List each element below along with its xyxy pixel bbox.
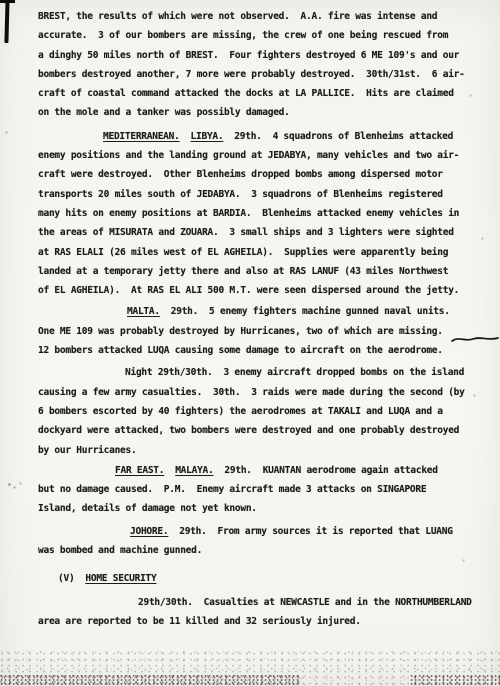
- document-line: accurate. 3 of our bombers are missing, …: [38, 26, 478, 45]
- underlined-text: MALTA.: [127, 306, 160, 317]
- text-segment: a dinghy 50 miles north of BREST. Four f…: [38, 50, 459, 61]
- underlined-text: HOME SECURITY: [85, 573, 156, 584]
- document-line: FAR EAST. MALAYA. 29th. KUANTAN aerodrom…: [38, 461, 478, 480]
- document-line: transports 20 miles south of JEDABYA. 3 …: [38, 185, 478, 204]
- document-line: landed at a temporary jetty there and al…: [38, 262, 478, 281]
- text-segment: 6 bombers escorted by 40 fighters) the a…: [38, 406, 443, 417]
- text-segment: craft were destroyed. Other Blenheims dr…: [38, 169, 443, 180]
- document-line: dockyard were attacked, two bombers were…: [38, 421, 478, 440]
- document-line: Island, details of damage not yet known.: [38, 499, 478, 518]
- document-line: by our Hurricanes.: [38, 441, 478, 460]
- photocopy-speckles: [0, 0, 1, 1]
- document-line: JOHORE. 29th. From army sources it is re…: [38, 522, 478, 541]
- underlined-text: FAR EAST.: [115, 465, 164, 476]
- scan-corner-mark-top: [0, 0, 15, 3]
- document-line: MALTA. 29th. 5 enemy fighters machine gu…: [38, 302, 478, 321]
- document-line: was bombed and machine gunned.: [38, 541, 478, 560]
- text-segment: 29th. From army sources it is reported t…: [168, 526, 452, 537]
- text-segment: at RAS ELALI (26 miles west of EL AGHEIL…: [38, 247, 448, 258]
- document-line: 29th/30th. Casualties at NEWCASTLE and i…: [38, 593, 478, 612]
- paragraph-brest-continuation: BREST, the results of which were not obs…: [38, 7, 478, 123]
- document-line: Night 29th/30th. 3 enemy aircraft droppe…: [38, 363, 478, 382]
- text-segment: by our Hurricanes.: [38, 445, 136, 456]
- paragraph-mediterranean-libya: MEDITERRANEAN. LIBYA. 29th. 4 squadrons …: [38, 127, 478, 301]
- text-segment: Night 29th/30th. 3 enemy aircraft droppe…: [125, 367, 464, 378]
- document-line: of EL AGHEILA). At RAS EL ALI 500 M.T. w…: [38, 281, 478, 300]
- text-segment: 29th/30th. Casualties at NEWCASTLE and i…: [138, 597, 472, 608]
- paragraph-malta: MALTA. 29th. 5 enemy fighters machine gu…: [38, 302, 478, 360]
- text-segment: One ME 109 was probably destroyed by Hur…: [38, 326, 443, 337]
- text-segment: but no damage caused. P.M. Enemy aircraf…: [38, 484, 426, 495]
- document-line: enemy positions and the landing ground a…: [38, 146, 478, 165]
- text-segment: dockyard were attacked, two bombers were…: [38, 425, 459, 436]
- document-line: but no damage caused. P.M. Enemy aircraf…: [38, 480, 478, 499]
- text-segment: craft of coastal command attacked the do…: [38, 88, 454, 99]
- text-segment: area are reported to be 11 killed and 32…: [38, 616, 361, 627]
- document-line: 12 bombers attacked LUQA causing some da…: [38, 341, 478, 360]
- heading-home-security: (V) HOME SECURITY: [38, 569, 478, 588]
- text-segment: Island, details of damage not yet known.: [38, 503, 257, 514]
- text-segment: (V): [58, 573, 74, 584]
- document-line: causing a few army casualties. 30th. 3 r…: [38, 383, 478, 402]
- text-segment: 12 bombers attacked LUQA causing some da…: [38, 345, 443, 356]
- text-segment: was bombed and machine gunned.: [38, 545, 202, 556]
- document-line: One ME 109 was probably destroyed by Hur…: [38, 322, 478, 341]
- document-line: 6 bombers escorted by 40 fighters) the a…: [38, 402, 478, 421]
- underlined-text: LIBYA.: [191, 131, 224, 142]
- paragraph-malta-night-raids: Night 29th/30th. 3 enemy aircraft droppe…: [38, 363, 478, 459]
- text-segment: the areas of MISURATA and ZOUARA. 3 smal…: [38, 227, 454, 238]
- document-line: craft were destroyed. Other Blenheims dr…: [38, 165, 478, 184]
- text-segment: landed at a temporary jetty there and al…: [38, 266, 448, 277]
- paragraph-home-security-casualties: 29th/30th. Casualties at NEWCASTLE and i…: [38, 593, 478, 632]
- document-line: a dinghy 50 miles north of BREST. Four f…: [38, 46, 478, 65]
- document-line: on the mole and a tanker was possibly da…: [38, 103, 478, 122]
- document-line: BREST, the results of which were not obs…: [38, 7, 478, 26]
- text-segment: enemy positions and the landing ground a…: [38, 150, 459, 161]
- text-segment: bombers destroyed another, 7 more were p…: [38, 69, 465, 80]
- document-line: (V) HOME SECURITY: [38, 569, 478, 588]
- document-line: bombers destroyed another, 7 more were p…: [38, 65, 478, 84]
- text-segment: on the mole and a tanker was possibly da…: [38, 107, 290, 118]
- pen-squiggle-mark: [451, 334, 499, 346]
- document-line: at RAS ELALI (26 miles west of EL AGHEIL…: [38, 243, 478, 262]
- underlined-text: JOHORE.: [130, 526, 168, 537]
- text-segment: [164, 465, 175, 476]
- text-segment: 29th. 4 squadrons of Blenheims attacked: [223, 131, 453, 142]
- paragraph-johore: JOHORE. 29th. From army sources it is re…: [38, 522, 478, 561]
- text-segment: BREST, the results of which were not obs…: [38, 11, 437, 22]
- document-body: BREST, the results of which were not obs…: [38, 7, 478, 631]
- text-segment: causing a few army casualties. 30th. 3 r…: [38, 387, 465, 398]
- document-page: BREST, the results of which were not obs…: [0, 0, 500, 686]
- photocopy-noise-bottom-right: [410, 674, 500, 686]
- text-segment: 29th. 5 enemy fighters machine gunned na…: [160, 306, 450, 317]
- document-line: area are reported to be 11 killed and 32…: [38, 612, 478, 631]
- text-segment: 29th. KUANTAN aerodrome again attacked: [213, 465, 437, 476]
- photocopy-noise-bottom-left: [0, 674, 300, 686]
- underlined-text: MEDITERRANEAN.: [103, 131, 180, 142]
- document-line: MEDITERRANEAN. LIBYA. 29th. 4 squadrons …: [38, 127, 478, 146]
- text-segment: of EL AGHEILA). At RAS EL ALI 500 M.T. w…: [38, 285, 459, 296]
- text-segment: [74, 573, 85, 584]
- text-segment: [180, 131, 191, 142]
- underlined-text: MALAYA.: [175, 465, 213, 476]
- paragraph-far-east-malaya: FAR EAST. MALAYA. 29th. KUANTAN aerodrom…: [38, 461, 478, 519]
- text-segment: accurate. 3 of our bombers are missing, …: [38, 30, 448, 41]
- text-segment: many hits on enemy positions at BARDIA. …: [38, 208, 459, 219]
- document-line: craft of coastal command attacked the do…: [38, 84, 478, 103]
- scan-corner-mark: [4, 0, 9, 43]
- document-line: many hits on enemy positions at BARDIA. …: [38, 204, 478, 223]
- text-segment: transports 20 miles south of JEDABYA. 3 …: [38, 189, 443, 200]
- document-line: the areas of MISURATA and ZOUARA. 3 smal…: [38, 223, 478, 242]
